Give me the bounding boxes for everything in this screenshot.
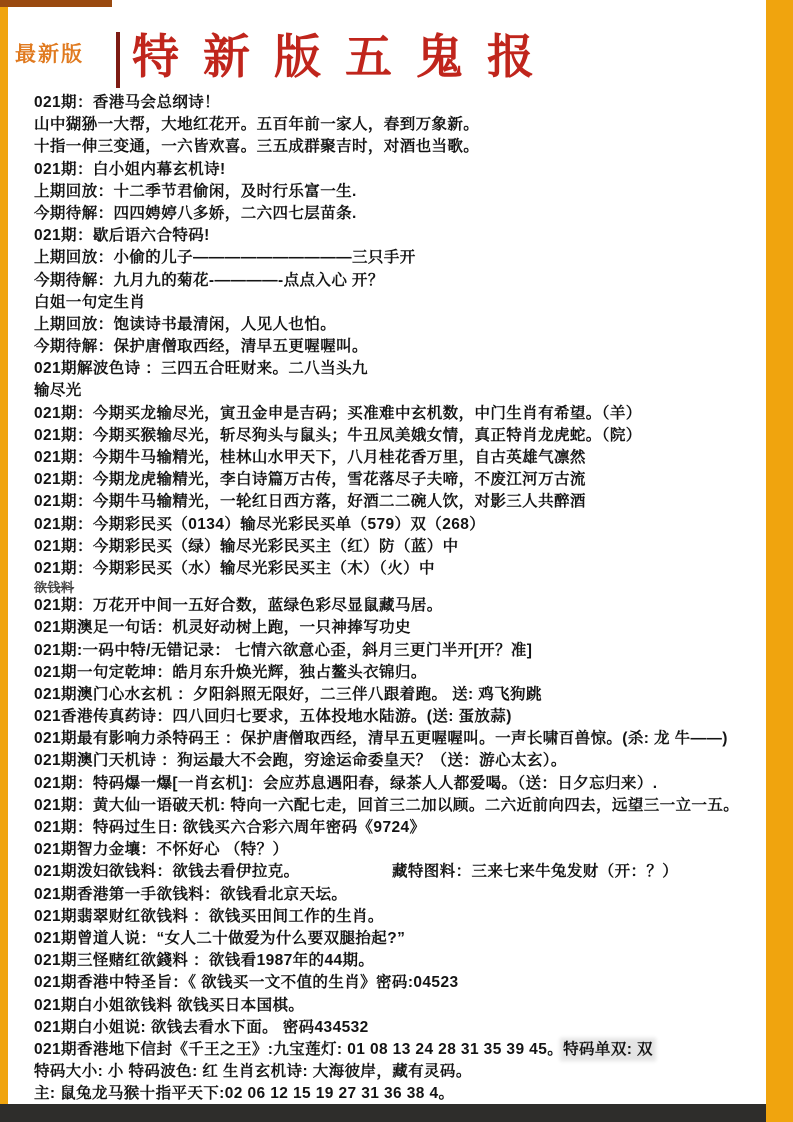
text-line: 021期：今期龙虎输精光，李白诗篇万古传，雪花落尽子夫啼，不废江河万古流 [34,469,760,491]
text-line: 021期香港地下信封《千王之王》:九宝莲灯: 01 08 13 24 28 31… [34,1039,760,1061]
text-line: 输尽光 [34,380,760,402]
text-line: 021期:一码中特/无错记录： 七情六欲意心歪，斜月三更门半开[开？准] [34,640,760,662]
right-column-text: 藏特图料：三来七来牛兔发财（开：？） [392,861,678,883]
text-line: 021期澳足一句话：机灵好动树上跑，一只神捧写功史 [34,617,760,639]
text-line: 021期一句定乾坤：皓月东升焕光辉，独占鳌头衣锦归。 [34,662,760,684]
highlighted-text: 特码单双: 双 [563,1041,653,1058]
text-line: 021期白小姐说: 欲钱去看水下面。 密码434532 [34,1017,760,1039]
text-line: 021期：歇后语六合特码! [34,225,760,247]
text-line: 021期：今期彩民买（0134）输尽光彩民买单（579）双（268） [34,514,760,536]
text-line: 021期：万花开中间一五好合数，蓝绿色彩尽显鼠藏马居。 [34,595,760,617]
text-line: 山中猢狲一大帮，大地红花开。五百年前一家人，春到万象新。 [34,114,760,136]
text-line: 021香港传真药诗：四八回归七要求，五体投地水陆游。(送: 蛋放蒜) [34,706,760,728]
text-line: 021期香港中特圣旨：《 欲钱买一文不值的生肖》密码:04523 [34,972,760,994]
text-line: 021期：今期买猴输尽光，斩尽狗头与鼠头；牛丑凤美娥女情，真正特肖龙虎蛇。（院） [34,425,760,447]
text-line: 上期回放：饱读诗书最清闲，人见人也怕。 [34,314,760,336]
top-left-border-bar [0,0,112,7]
bottom-border-bar [0,1104,766,1122]
tip-sheet-page: 最新版 特新版五鬼报 021期：香港马会总纲诗！山中猢狲一大帮，大地红花开。五百… [0,0,793,1122]
text-line: 今期待解：四四娉婷八多娇，二六四七层苗条. [34,203,760,225]
text-line: 021期：今期彩民买（绿）输尽光彩民买主（红）防（蓝）中 [34,536,760,558]
text-line: 主: 鼠兔龙马猴十指平天下:02 06 12 15 19 27 31 36 38… [34,1083,760,1105]
text-line: 上期回放：十二季节君偷闲，及时行乐富一生. [34,181,760,203]
text-line: 十指一伸三变通，一六皆欢喜。三五成群聚吉时，对酒也当歌。 [34,136,760,158]
text-line: 021期解波色诗 ：三四五合旺财来。二八当头九 [34,358,760,380]
header: 最新版 特新版五鬼报 [0,24,793,92]
text-line: 021期泼妇欲钱料：欲钱去看伊拉克。藏特图料：三来七来牛兔发财（开：？） [34,861,760,883]
text-line: 021期曾道人说：“女人二十做爱为什么要双腿抬起?” [34,928,760,950]
text-line: 021期：白小姐内幕玄机诗! [34,159,760,181]
left-border-bar [0,0,8,1122]
text-line: 上期回放：小偷的儿子——————————三只手开 [34,247,760,269]
text-line: 021期：今期牛马输精光，一轮红日西方落，好酒二二碗人饮，对影三人共醉酒 [34,491,760,513]
text-line: 特码大小: 小 特码波色: 红 生肖玄机诗: 大海彼岸，藏有灵码。 [34,1061,760,1083]
text-line: 021期三怪赌红欲錢料 ：欲钱看1987年的44期。 [34,950,760,972]
text-line: 021期：特码过生日: 欲钱买六合彩六周年密码《9724》 [34,817,760,839]
text-line: 白姐一句定生肖 [34,292,760,314]
title-divider [116,32,120,88]
text-line: 021期智力金壤：不怀好心 （特？） [34,839,760,861]
text-line: 今期待解：九月九的菊花-————-点点入心 开？ [34,270,760,292]
text-line: 021期翡翠财红欲钱料 ：欲钱买田间工作的生肖。 [34,906,760,928]
edition-label: 最新版 [15,38,84,68]
text-line: 今期待解：保护唐僧取西经，清早五更喔喔叫。 [34,336,760,358]
text-line: 021期：特码爆一爆[一肖玄机]：会应苏息遇阳春，绿茶人人都爱喝。（送：日夕忘归… [34,773,760,795]
body-text: 021期：香港马会总纲诗！山中猢狲一大帮，大地红花开。五百年前一家人，春到万象新… [34,92,760,1105]
text-line: 021期澳门天机诗 ：狗运最大不会跑，穷途运命委皇天？（送：游心太玄）。 [34,750,760,772]
text-line: 021期香港第一手欲钱料：欲钱看北京天坛。 [34,884,760,906]
text-line: 021期最有影响力杀特码王 ：保护唐僧取西经，清早五更喔喔叫。一声长啸百兽惊。(… [34,728,760,750]
page-title: 特新版五鬼报 [132,20,558,87]
text-line: 021期澳门心水玄机 ：夕阳斜照无限好，二三伴八跟着跑。 送: 鸡飞狗跳 [34,684,760,706]
text-line: 欲钱料 [34,580,760,595]
text-line: 021期：香港马会总纲诗！ [34,92,760,114]
text-line: 021期白小姐欲钱料 欲钱买日本国棋。 [34,995,760,1017]
text-line: 021期：今期牛马输精光，桂林山水甲天下，八月桂花香万里，自古英雄气凛然 [34,447,760,469]
right-border-bar [766,0,793,1122]
text-line: 021期：今期彩民买（水）输尽光彩民买主（木）（火）中 [34,558,760,580]
text-line: 021期：今期买龙输尽光，寅丑金申是吉码；买准难中玄机数，中门生肖有希望。（羊） [34,403,760,425]
text-line: 021期：黄大仙一语破天机: 特向一六配七走，回首三二加以顾。二六近前向四去，远… [34,795,760,817]
